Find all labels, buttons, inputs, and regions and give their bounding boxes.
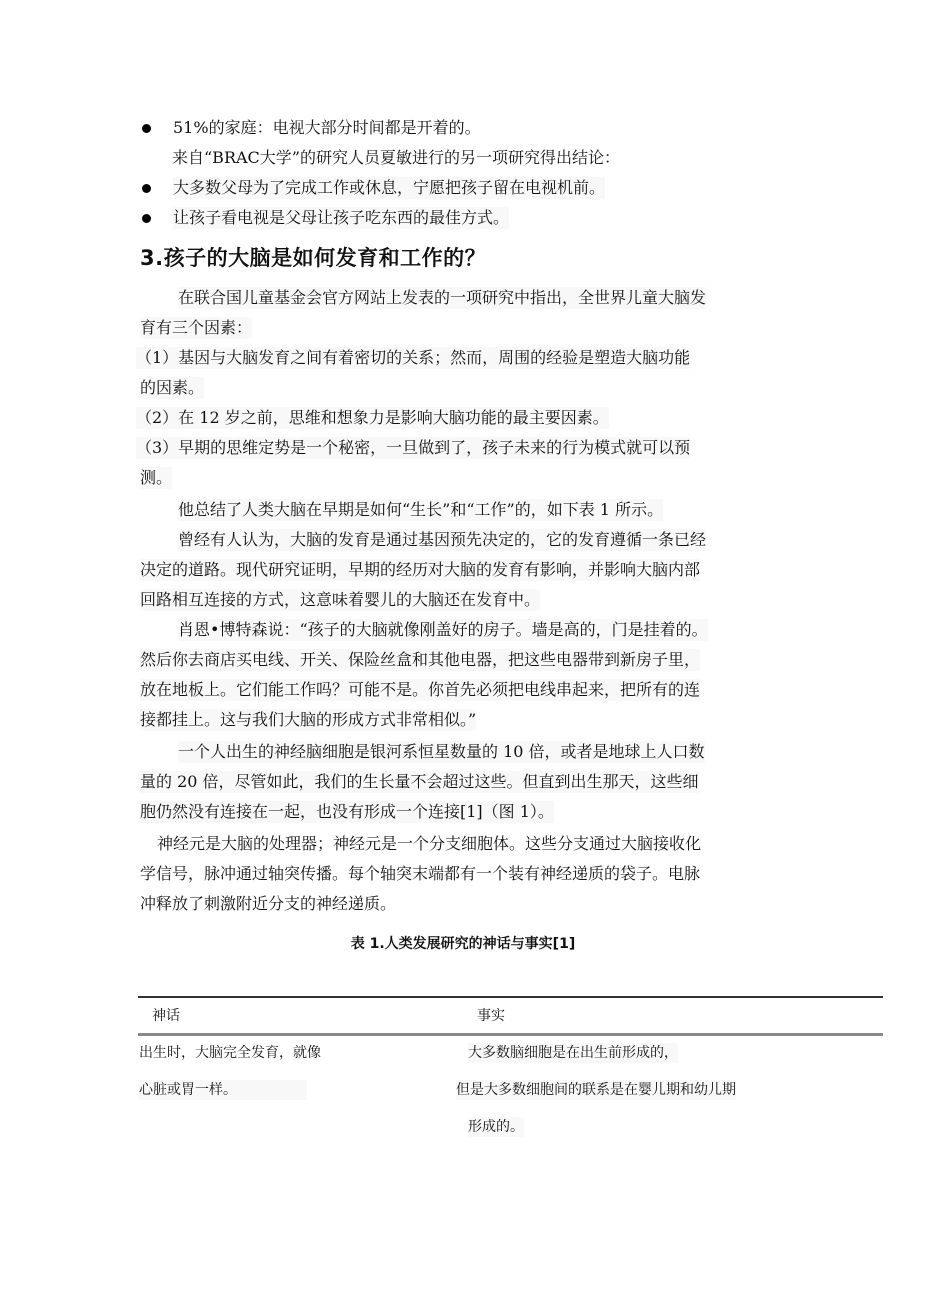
table-caption: 表 1.人类发展研究的神话与事实[1]	[0, 934, 926, 954]
bullet-icon	[142, 124, 151, 133]
paragraph-line: 育有三个因素：	[140, 317, 252, 339]
bullet-item: 大多数父母为了完成工作或休息，宁愿把孩子留在电视机前。	[173, 177, 605, 199]
paragraph-line: 测。	[140, 467, 172, 489]
table-cell-fact: 大多数脑细胞是在出生前形成的，	[468, 1043, 678, 1063]
intro-line: 来自“BRAC大学”的研究人员夏敏进行的另一项研究得出结论：	[172, 147, 620, 169]
bullet-item: 让孩子看电视是父母让孩子吃东西的最佳方式。	[173, 207, 509, 229]
bullet-icon	[142, 184, 151, 193]
table-header-fact: 事实	[477, 1006, 505, 1026]
table-header-rule	[138, 1033, 883, 1036]
paragraph-line: 量的 20 倍，尽管如此，我们的生长量不会超过这些。但直到出生那天，这些细	[140, 771, 699, 793]
section-heading: 3.孩子的大脑是如何发育和工作的？	[140, 244, 486, 272]
bullet-item: 51%的家庭：电视大部分时间都是开着的。	[173, 117, 481, 139]
paragraph-line: 肖恩•博特森说：“孩子的大脑就像刚盖好的房子。墙是高的，门是挂着的。	[178, 619, 708, 641]
table-cell-myth: 出生时，大脑完全发育，就像	[139, 1043, 321, 1063]
bullet-icon	[142, 214, 151, 223]
paragraph-line: 冲释放了刺激附近分支的神经递质。	[140, 893, 396, 915]
paragraph-line: 回路相互连接的方式，这意味着婴儿的大脑还在发育中。	[140, 589, 540, 611]
paragraph-line: 他总结了人类大脑在早期是如何“生长”和“工作”的，如下表 1 所示。	[178, 499, 663, 521]
paragraph-line: 在联合国儿童基金会官方网站上发表的一项研究中指出，全世界儿童大脑发	[178, 287, 706, 309]
paragraph-line: （2）在 12 岁之前，思维和想象力是影响大脑功能的最主要因素。	[136, 407, 609, 429]
paragraph-line: 学信号，脉冲通过轴突传播。每个轴突末端都有一个装有神经递质的袋子。电脉	[140, 863, 700, 885]
paragraph-line: 接都挂上。这与我们大脑的形成方式非常相似。”	[140, 709, 476, 731]
table-cell-fact: 形成的。	[468, 1117, 524, 1137]
paragraph-line: （3）早期的思维定势是一个秘密，一旦做到了，孩子未来的行为模式就可以预	[136, 437, 690, 459]
paragraph-line: 神经元是大脑的处理器；神经元是一个分支细胞体。这些分支通过大脑接收化	[157, 833, 701, 855]
table-top-rule	[138, 996, 883, 998]
paragraph-line: 胞仍然没有连接在一起，也没有形成一个连接[1]（图 1）。	[140, 801, 554, 823]
paragraph-line: 决定的道路。现代研究证明，早期的经历对大脑的发育有影响，并影响大脑内部	[140, 559, 700, 581]
paragraph-line: 的因素。	[140, 377, 204, 399]
paragraph-line: 然后你去商店买电线、开关、保险丝盒和其他电器，把这些电器带到新房子里，	[140, 649, 700, 671]
table-cell-fact: 但是大多数细胞间的联系是在婴儿期和幼儿期	[456, 1080, 736, 1100]
paragraph-line: 一个人出生的神经脑细胞是银河系恒星数量的 10 倍，或者是地球上人口数	[178, 741, 705, 763]
paragraph-line: 曾经有人认为，大脑的发育是通过基因预先决定的，它的发育遵循一条已经	[178, 529, 706, 551]
table-header-myth: 神话	[152, 1006, 180, 1026]
paragraph-line: 放在地板上。它们能工作吗？可能不是。你首先必须把电线串起来，把所有的连	[140, 679, 700, 701]
paragraph-line: （1）基因与大脑发育之间有着密切的关系；然而，周围的经验是塑造大脑功能	[136, 347, 690, 369]
table-cell-myth: 心脏或胃一样。	[139, 1080, 307, 1100]
